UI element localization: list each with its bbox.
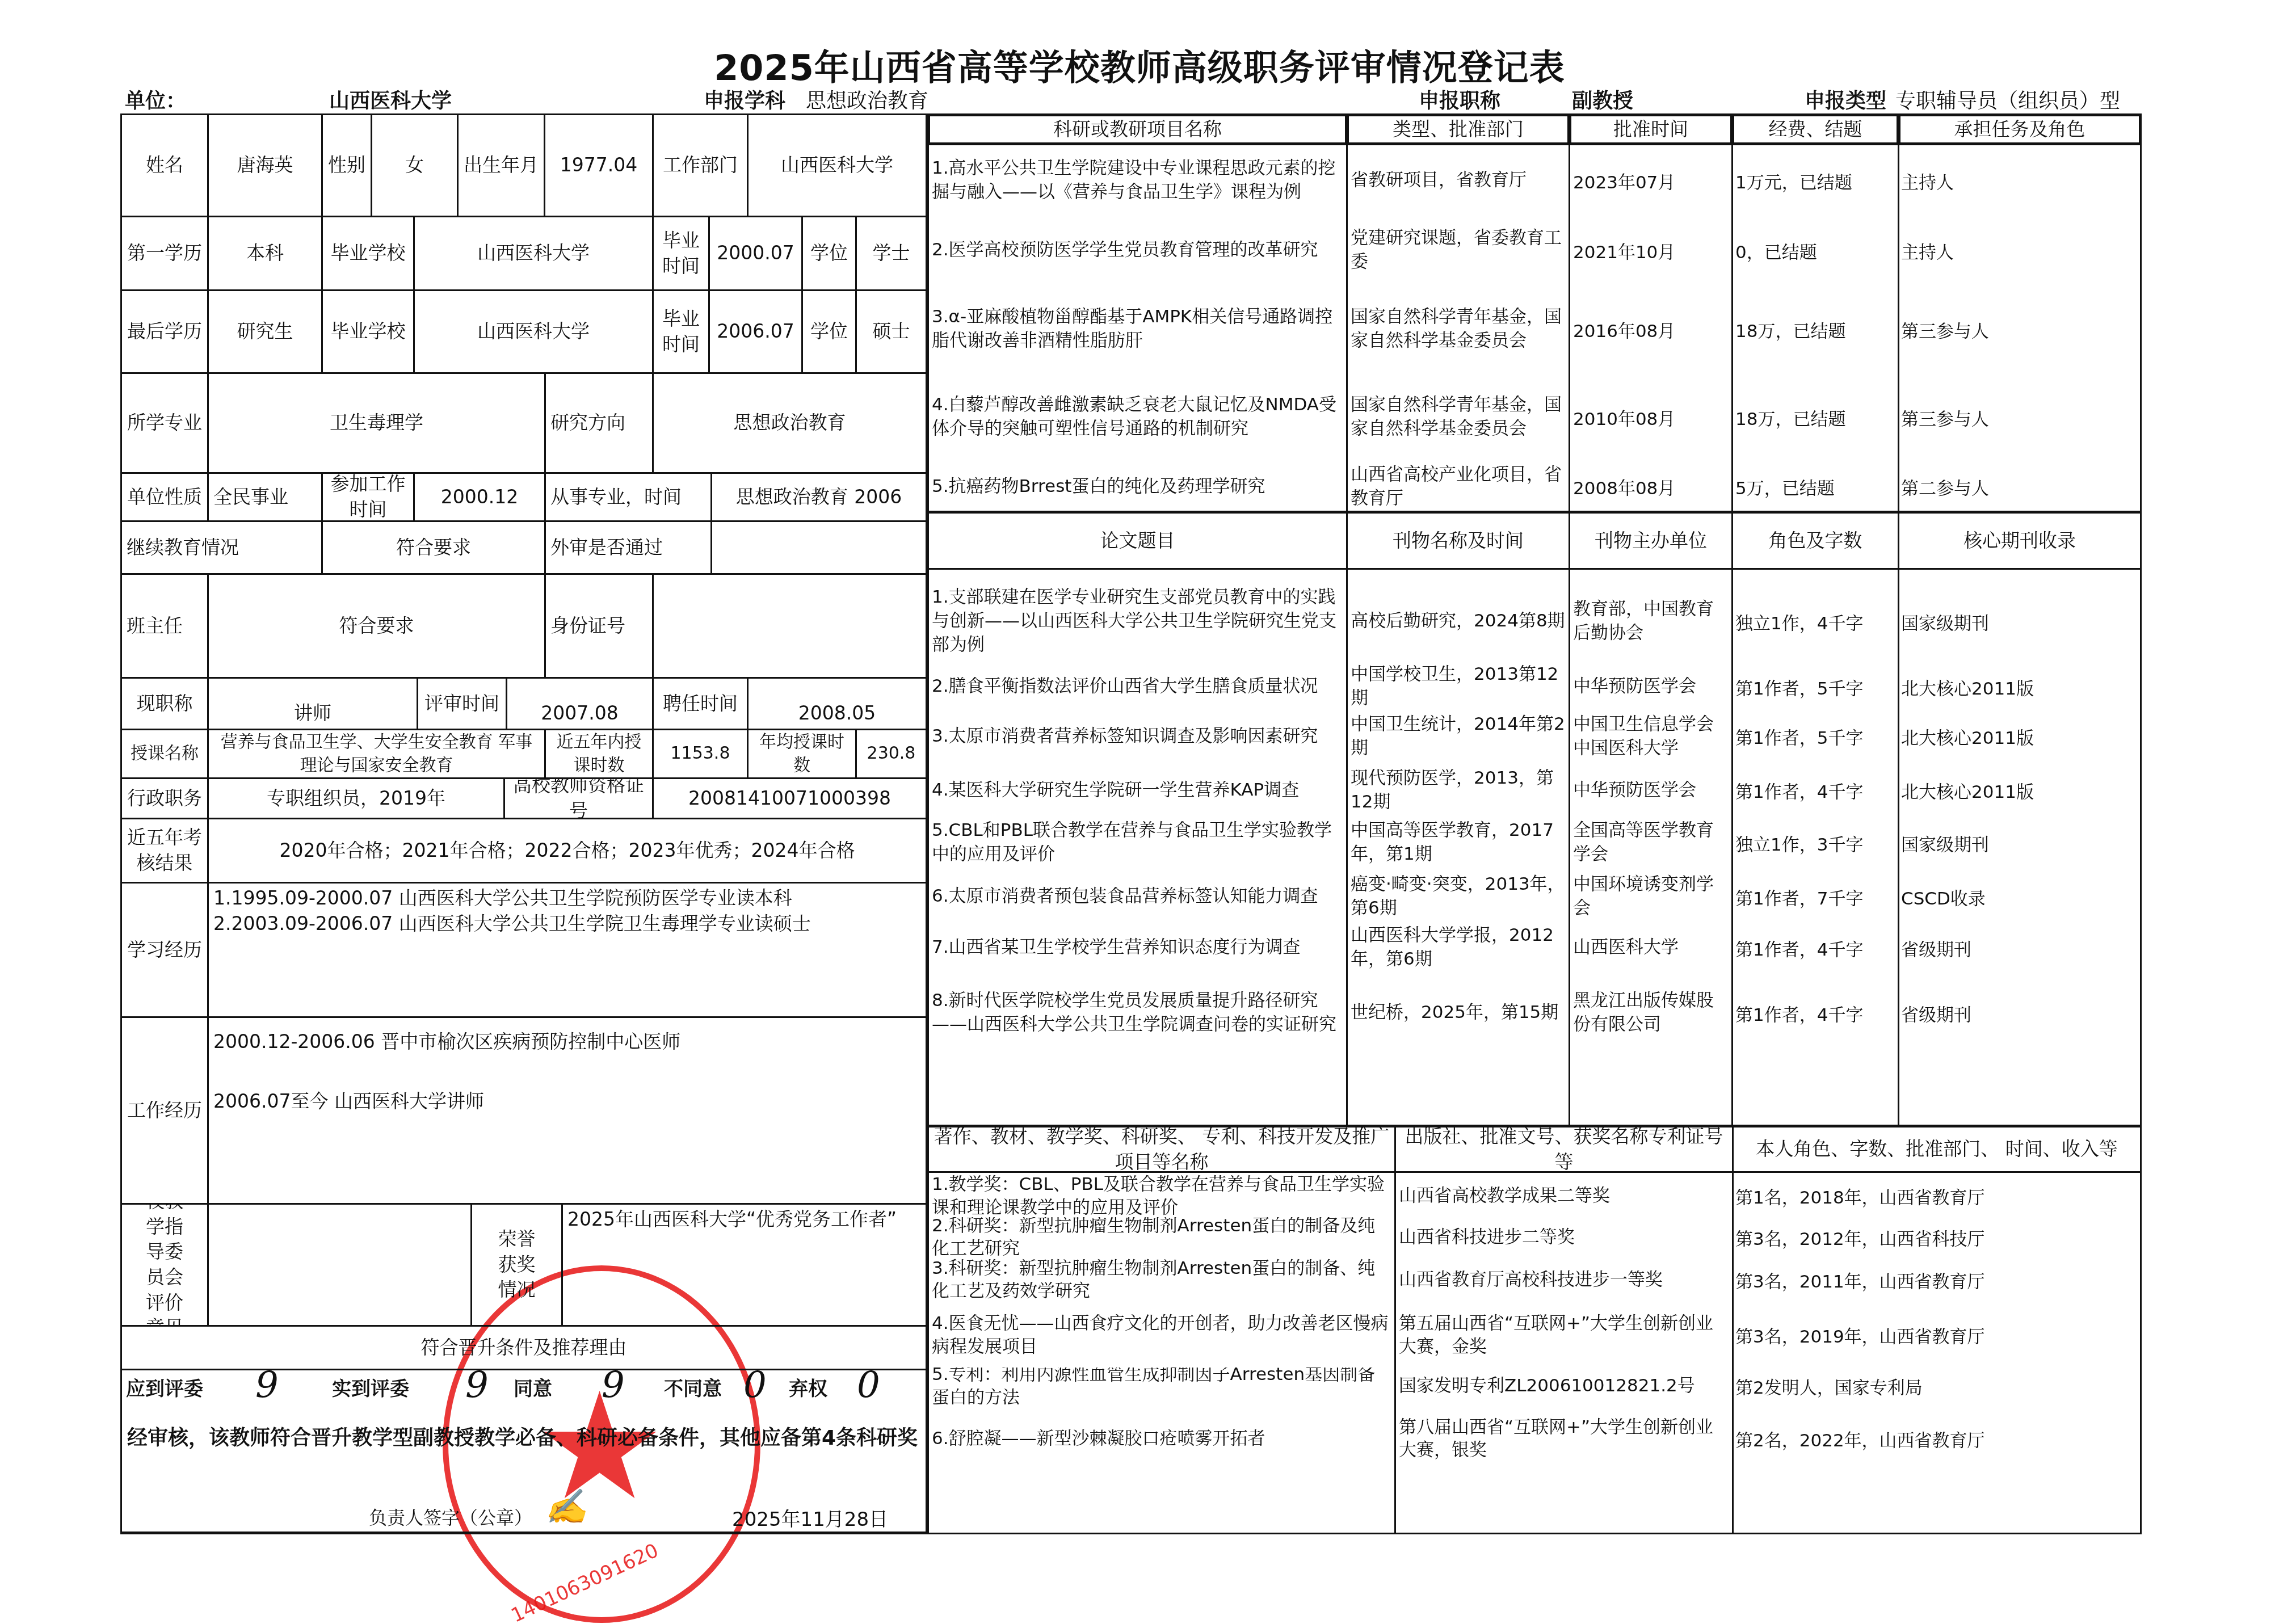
project-time: 2023年07月 [1573, 146, 1730, 214]
abstain-label: 弃权 [789, 1373, 827, 1401]
projects-header-time: 批准时间 [1569, 113, 1733, 145]
project-fund: 18万，已结题 [1735, 287, 1895, 372]
award-role: 第2名，2022年，山西省教育厅 [1735, 1407, 2138, 1470]
project-type: 国家自然科学青年基金，国家自然科学基金委员会 [1351, 287, 1566, 372]
unit-nature-label: 单位性质 [120, 472, 209, 522]
paper-title: 2.膳食平衡指数法评价山西省大学生膳食质量状况 [932, 664, 1344, 709]
work-label: 工作经历 [120, 1016, 209, 1205]
last-school-label: 毕业学校 [321, 289, 415, 374]
award-name: 2.科研奖：新型抗肿瘤生物制剂Arresten蛋白的制备及纯化工艺研究 [932, 1217, 1393, 1257]
award-role: 第3名，2019年，山西省教育厅 [1735, 1305, 2138, 1365]
type-value: 专职辅导员（组织员）型 [1895, 85, 2120, 114]
dept-label: 工作部门 [652, 113, 749, 217]
signature: ✍ [545, 1487, 587, 1527]
first-school-label: 毕业学校 [321, 216, 415, 291]
profession-label: 从事专业，时间 [544, 472, 712, 522]
disagree-label: 不同意 [664, 1373, 722, 1401]
id-label: 身份证号 [544, 573, 654, 679]
paper-role: 独立1作，4千字 [1735, 579, 1895, 664]
cert-label: 高校教师资格证号 [503, 777, 654, 819]
project-fund: 0，已结题 [1735, 216, 1895, 285]
paper-journal: 世纪桥，2025年，第15期 [1351, 976, 1566, 1050]
papers-header-role: 角色及字数 [1731, 512, 1899, 570]
project-role: 第三参与人 [1901, 287, 2138, 372]
paper-host: 黑龙江出版传媒股份有限公司 [1573, 976, 1730, 1050]
paper-journal: 高校后勤研究，2024第8期 [1351, 579, 1566, 664]
project-fund: 5万，已结题 [1735, 462, 1895, 511]
project-role: 第三参与人 [1901, 375, 2138, 460]
project-time: 2021年10月 [1573, 216, 1730, 285]
paper-host: 全国高等医学教育学会 [1573, 817, 1730, 868]
first-edu-label: 第一学历 [120, 216, 209, 291]
project-role: 主持人 [1901, 146, 2138, 214]
cont-edu-value: 符合要求 [321, 520, 546, 575]
award-name: 1.教学奖：CBL、PBL及联合教学在营养与食品卫生学实验课和理论课教学中的应用… [932, 1175, 1393, 1217]
form-title: 2025年山西省高等学校教师高级职务评审情况登记表 [0, 40, 2279, 90]
project-type: 省教研项目，省教育厅 [1351, 146, 1566, 214]
last-edu-value: 研究生 [207, 289, 323, 374]
admin-label: 行政职务 [120, 777, 209, 819]
project-role: 主持人 [1901, 216, 2138, 285]
project-name: 4.白藜芦醇改善雌激素缺乏衰老大鼠记忆及NMDA受体介导的突触可塑性信号通路的机… [932, 375, 1344, 460]
type-label: 申报类型 [1805, 85, 1886, 114]
review-time-value: 2007.08 [506, 677, 654, 730]
project-name: 3.α-亚麻酸植物甾醇酯基于AMPK相关信号通路调控脂代谢改善非酒精性脂肪肝 [932, 287, 1344, 372]
hours-avg-label: 年均授课时数 [747, 729, 857, 779]
paper-role: 第1作者，4千字 [1735, 766, 1895, 814]
award-name: 6.舒腔凝——新型沙棘凝胶口疮喷雾开拓者 [932, 1407, 1393, 1470]
hire-time-value: 2008.05 [747, 677, 927, 730]
direction-label: 研究方向 [544, 372, 654, 474]
paper-host: 中华预防医学会 [1573, 664, 1730, 709]
first-degree-value: 学士 [855, 216, 927, 291]
last-grad-time-label: 毕业时间 [652, 289, 710, 374]
paper-role: 第1作者，7千字 [1735, 871, 1895, 922]
hours-avg-value: 230.8 [855, 729, 927, 779]
paper-role: 独立1作，3千字 [1735, 817, 1895, 868]
should-attend-label: 应到评委 [126, 1373, 203, 1401]
hire-time-label: 聘任时间 [652, 677, 749, 730]
paper-title: 3.太原市消费者营养标签知识调查及影响因素研究 [932, 709, 1344, 763]
agree-value: 9 [602, 1365, 625, 1407]
direction-value: 思想政治教育 [652, 372, 927, 474]
cert-value: 20081410071000398 [652, 777, 927, 819]
paper-core: 北大核心2011版 [1901, 664, 2138, 709]
birth-label: 出生年月 [457, 113, 545, 217]
award-name: 3.科研奖：新型抗肿瘤生物制剂Arresten蛋白的制备、纯化工艺及药效学研究 [932, 1257, 1393, 1302]
paper-journal: 中国高等医学教育，2017年，第1期 [1351, 817, 1566, 868]
assess-label: 近五年考核结果 [120, 818, 209, 883]
project-fund: 18万，已结题 [1735, 375, 1895, 460]
project-type: 党建研究课题，省委教育工委 [1351, 216, 1566, 285]
award-issuer: 山西省科技进步二等奖 [1399, 1217, 1731, 1257]
paper-core: 北大核心2011版 [1901, 766, 2138, 814]
attended-value: 9 [465, 1365, 489, 1407]
awards-header-issuer: 出版社、批准文号、获奖名称专利证号等 [1394, 1126, 1734, 1173]
award-issuer: 第五届山西省“互联网+”大学生创新创业大赛，金奖 [1399, 1305, 1731, 1365]
award-name: 5.专利：利用内源性血管生成抑制因子Arresten基因制备蛋白的方法 [932, 1368, 1393, 1404]
id-value [652, 573, 927, 679]
unit-label: 单位： [125, 85, 186, 114]
honor-value: 2025年山西医科大学“优秀党务工作者” [561, 1203, 927, 1327]
last-edu-label: 最后学历 [120, 289, 209, 374]
signature-label: 负责人签字（公章） [369, 1504, 532, 1530]
gender-value: 女 [371, 113, 459, 217]
project-time: 2008年08月 [1573, 462, 1730, 511]
recommend-text: 经审核，该教师符合晋升教学型副教授教学必备、科研必备条件，其他应备第4条科研奖 [127, 1423, 922, 1454]
work-item: 2000.12-2006.06 晋中市榆次区疾病预防控制中心医师 [213, 1029, 680, 1055]
project-name: 5.抗癌药物Brrest蛋白的纯化及药理学研究 [932, 462, 1344, 511]
attended-label: 实到评委 [332, 1373, 409, 1401]
project-type: 山西省高校产业化项目，省教育厅 [1351, 462, 1566, 511]
major-label: 所学专业 [120, 372, 209, 474]
project-name: 1.高水平公共卫生学院建设中专业课程思政元素的挖掘与融入——以《营养与食品卫生学… [932, 146, 1344, 214]
paper-core: 省级期刊 [1901, 922, 2138, 973]
committee-value [207, 1203, 472, 1327]
paper-host: 中华预防医学会 [1573, 766, 1730, 814]
recommend-heading: 符合晋升条件及推荐理由 [120, 1325, 927, 1370]
class-teacher-value: 符合要求 [207, 573, 546, 679]
paper-core: 北大核心2011版 [1901, 709, 2138, 763]
subject-label: 申报学科 [704, 85, 785, 114]
current-title-label: 现职称 [120, 677, 209, 730]
paper-core: 国家级期刊 [1901, 579, 2138, 664]
award-issuer: 山西省高校教学成果二等奖 [1399, 1175, 1731, 1217]
paper-title: 8.新时代医学院校学生党员发展质量提升路径研究——山西医科大学公共卫生学院调查问… [932, 976, 1344, 1050]
work-start-label: 参加工作时间 [321, 472, 415, 522]
rank-value: 副教授 [1572, 85, 1633, 114]
award-issuer: 第八届山西省“互联网+”大学生创新创业大赛，银奖 [1399, 1407, 1731, 1470]
paper-journal: 中国卫生统计，2014年第2期 [1351, 709, 1566, 763]
gender-label: 性别 [321, 113, 372, 217]
work-start-value: 2000.12 [413, 472, 546, 522]
last-grad-time-value: 2006.07 [708, 289, 803, 374]
profession-value: 思想政治教育 2006 [710, 472, 927, 522]
study-list: 1.1995.09-2000.07 山西医科大学公共卫生学院预防医学专业读本科 … [207, 882, 927, 1018]
assess-value: 2020年合格；2021年合格；2022合格；2023年优秀；2024年合格 [207, 818, 927, 883]
project-fund: 1万元，已结题 [1735, 146, 1895, 214]
first-school-value: 山西医科大学 [413, 216, 654, 291]
paper-role: 第1作者，5千字 [1735, 664, 1895, 709]
cont-edu-label: 继续教育情况 [120, 520, 323, 575]
project-role: 第二参与人 [1901, 462, 2138, 511]
admin-value: 专职组织员，2019年 [207, 777, 505, 819]
dept-value: 山西医科大学 [747, 113, 927, 217]
external-review-label: 外审是否通过 [544, 520, 712, 575]
honor-label: 荣誉获奖情况 [470, 1203, 563, 1327]
paper-role: 第1作者，4千字 [1735, 922, 1895, 973]
paper-title: 4.某医科大学研究生学院研一学生营养KAP调查 [932, 766, 1344, 814]
paper-core: 国家级期刊 [1901, 817, 2138, 868]
paper-title: 5.CBL和PBL联合教学在营养与食品卫生学实验教学中的应用及评价 [932, 817, 1344, 868]
review-time-label: 评审时间 [417, 677, 507, 730]
paper-host: 教育部，中国教育后勤协会 [1573, 579, 1730, 664]
paper-title: 7.山西省某卫生学校学生营养知识态度行为调查 [932, 922, 1344, 973]
papers-header-journal: 刊物名称及时间 [1346, 512, 1570, 570]
awards-header-name: 著作、教材、教学奖、科研奖、 专利、科技开发及推广项目等名称 [927, 1126, 1396, 1173]
paper-host: 中国卫生信息学会中国医科大学 [1573, 709, 1730, 763]
study-item: 1.1995.09-2000.07 山西医科大学公共卫生学院预防医学专业读本科 [213, 886, 792, 911]
paper-journal: 中国学校卫生，2013第12期 [1351, 664, 1566, 709]
paper-role: 第1作者，5千字 [1735, 709, 1895, 763]
awards-header-role: 本人角色、字数、批准部门、 时间、收入等 [1732, 1126, 2142, 1173]
birth-value: 1977.04 [544, 113, 654, 217]
hours5-label: 近五年内授课时数 [544, 729, 654, 779]
abstain-value: 0 [857, 1365, 880, 1407]
last-degree-label: 学位 [801, 289, 857, 374]
award-issuer: 山西省教育厅高校科技进步一等奖 [1399, 1257, 1731, 1302]
project-type: 国家自然科学青年基金，国家自然科学基金委员会 [1351, 375, 1566, 460]
award-role: 第1名，2018年，山西省教育厅 [1735, 1175, 2138, 1217]
subject-value: 思想政治教育 [806, 85, 928, 114]
award-issuer: 国家发明专利ZL200610012821.2号 [1399, 1368, 1731, 1404]
committee-label: 校教学指导委员会评价意见 [120, 1203, 209, 1327]
name-value: 唐海英 [207, 113, 323, 217]
first-grad-time-value: 2000.07 [708, 216, 803, 291]
courses-value: 营养与食品卫生学、大学生安全教育 军事理论与国家安全教育 [207, 729, 546, 779]
paper-journal: 现代预防医学，2013，第12期 [1351, 766, 1566, 814]
first-grad-time-label: 毕业时间 [652, 216, 710, 291]
award-role: 第3名，2011年，山西省教育厅 [1735, 1257, 2138, 1302]
unit-value: 山西医科大学 [329, 85, 452, 114]
first-degree-label: 学位 [801, 216, 857, 291]
first-edu-value: 本科 [207, 216, 323, 291]
work-list: 2000.12-2006.06 晋中市榆次区疾病预防控制中心医师 2006.07… [207, 1016, 927, 1205]
papers-header-core: 核心期刊收录 [1898, 512, 2142, 570]
projects-header-type: 类型、批准部门 [1346, 113, 1570, 145]
unit-nature-value: 全民事业 [207, 472, 323, 522]
study-label: 学习经历 [120, 882, 209, 1018]
projects-header-role: 承担任务及角色 [1898, 113, 2142, 145]
name-label: 姓名 [120, 113, 209, 217]
papers-header-title: 论文题目 [927, 512, 1348, 570]
paper-core: 省级期刊 [1901, 976, 2138, 1050]
paper-journal: 山西医科大学学报，2012年，第6期 [1351, 922, 1566, 973]
last-school-value: 山西医科大学 [413, 289, 654, 374]
external-review-value [710, 520, 927, 575]
should-attend-value: 9 [255, 1365, 279, 1407]
agree-label: 同意 [514, 1373, 552, 1401]
projects-header-name: 科研或教研项目名称 [927, 113, 1348, 145]
rank-label: 申报职称 [1419, 85, 1500, 114]
project-time: 2016年08月 [1573, 287, 1730, 372]
projects-header-fund: 经费、结题 [1731, 113, 1899, 145]
paper-role: 第1作者，4千字 [1735, 976, 1895, 1050]
hours5-value: 1153.8 [652, 729, 749, 779]
last-degree-value: 硕士 [855, 289, 927, 374]
seal-code: 1401063091620 [508, 1539, 662, 1624]
paper-core: CSCD收录 [1901, 871, 2138, 922]
study-item: 2.2003.09-2006.07 山西医科大学公共卫生学院卫生毒理学专业读硕士 [213, 911, 811, 937]
disagree-value: 0 [743, 1365, 767, 1407]
paper-host: 中国环境诱变剂学会 [1573, 871, 1730, 922]
award-name: 4.医食无忧——山西食疗文化的开创者，助力改善老区慢病病程发展项目 [932, 1305, 1393, 1365]
award-role: 第3名，2012年，山西省科技厅 [1735, 1217, 2138, 1257]
class-teacher-label: 班主任 [120, 573, 209, 679]
sign-date: 2025年11月28日 [732, 1504, 888, 1532]
award-role: 第2发明人，国家专利局 [1735, 1368, 2138, 1404]
courses-label: 授课名称 [120, 729, 209, 779]
major-value: 卫生毒理学 [207, 372, 546, 474]
paper-journal: 癌变·畸变·突变，2013年，第6期 [1351, 871, 1566, 922]
project-name: 2.医学高校预防医学学生党员教育管理的改革研究 [932, 216, 1344, 285]
project-time: 2010年08月 [1573, 375, 1730, 460]
paper-title: 1.支部联建在医学专业研究生支部党员教育中的实践与创新——以山西医科大学公共卫生… [932, 579, 1344, 664]
papers-header-host: 刊物主办单位 [1569, 512, 1733, 570]
paper-title: 6.太原市消费者预包装食品营养标签认知能力调查 [932, 871, 1344, 922]
paper-host: 山西医科大学 [1573, 922, 1730, 973]
work-item: 2006.07至今 山西医科大学讲师 [213, 1089, 484, 1114]
current-title-value: 讲师 [207, 677, 418, 730]
